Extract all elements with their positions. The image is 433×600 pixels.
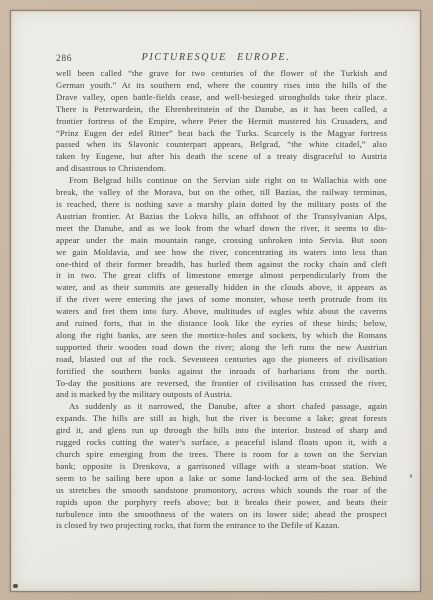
text-line: and is marked by the military outposts o…	[56, 389, 387, 401]
text-line: fortified the southern banks against the…	[56, 366, 387, 378]
text-line: “Prinz Eugen der edel Ritter” beat back …	[56, 128, 387, 140]
text-line: rapids upon the porphyry reefs above; bu…	[56, 497, 387, 509]
text-line: seem to be sailing here upon a lake or s…	[56, 473, 387, 485]
paragraph-1: well been called “the grave for two cent…	[56, 68, 387, 175]
text-line: meet the Danube, and as we look from the…	[56, 223, 387, 235]
text-line: passed when its Slavonic counterpart app…	[56, 139, 387, 151]
text-line: break, the valley of the Morava, but on …	[56, 187, 387, 199]
page-number: 286	[56, 54, 72, 64]
text-line: From Belgrad hills continue on the Servi…	[56, 175, 387, 187]
text-line: Drave valley, open battle-fields cease, …	[56, 92, 387, 104]
text-line: it in two. The great cliffs of limestone…	[56, 270, 387, 282]
text-line: waters and fret them into fury. Above, m…	[56, 306, 387, 318]
text-line: frontier fortress of the Empire, where P…	[56, 116, 387, 128]
text-line: we gain Moldavia, and see how the river,…	[56, 247, 387, 259]
text-line: one-third of their former breadth, has h…	[56, 259, 387, 271]
text-line: supported their wooden road down the riv…	[56, 342, 387, 354]
text-line: if the river were entering the jaws of s…	[56, 294, 387, 306]
text-line: taken by Eugene, but after his death the…	[56, 151, 387, 163]
running-title: PICTURESQUE EUROPE.	[56, 52, 376, 63]
book-page: 286 PICTURESQUE EUROPE. well been called…	[10, 10, 421, 592]
text-block: well been called “the grave for two cent…	[56, 68, 387, 532]
text-line: As suddenly as it narrowed, the Danube, …	[56, 401, 387, 413]
text-line: is closed by two projecting rocks, that …	[56, 520, 387, 532]
text-line: well been called “the grave for two cent…	[56, 68, 387, 80]
text-line: Austrian frontier. At Bazias the Lokva h…	[56, 211, 387, 223]
paragraph-3: As suddenly as it narrowed, the Danube, …	[56, 401, 387, 532]
text-line: There is Peterwardein, the Ehrenbreitste…	[56, 104, 387, 116]
paragraph-2: From Belgrad hills continue on the Servi…	[56, 175, 387, 401]
text-line: church spire emerging from the trees. Th…	[56, 449, 387, 461]
text-line: and disastrous to Christendom.	[56, 163, 387, 175]
text-line: German youth.” At its southern end, wher…	[56, 80, 387, 92]
text-line: along the right banks, are seen the mort…	[56, 330, 387, 342]
page-header: 286 PICTURESQUE EUROPE.	[56, 52, 376, 66]
text-line: and ruined forts, that in the distance l…	[56, 318, 387, 330]
text-line: water, and as their summits are generall…	[56, 282, 387, 294]
text-line: turbulence into the smoothness of the wa…	[56, 509, 387, 521]
text-line: is reached, there is nothing save a mars…	[56, 199, 387, 211]
scan-speck	[410, 474, 412, 478]
text-line: expands. The hills are still as high, bu…	[56, 413, 387, 425]
text-line: rugged rocks cutting the water’s surface…	[56, 437, 387, 449]
text-line: bank; opposite is Drenkova, a garrisoned…	[56, 461, 387, 473]
text-line: us stretches the smooth sandstone promon…	[56, 485, 387, 497]
text-line: To-day the positions are reversed, the f…	[56, 378, 387, 390]
text-line: appear under the main mountain range, cr…	[56, 235, 387, 247]
text-line: gird it, and glens run up through the hi…	[56, 425, 387, 437]
text-line: road, blasted out of the rock. Seventeen…	[56, 354, 387, 366]
scan-speck	[13, 584, 18, 588]
